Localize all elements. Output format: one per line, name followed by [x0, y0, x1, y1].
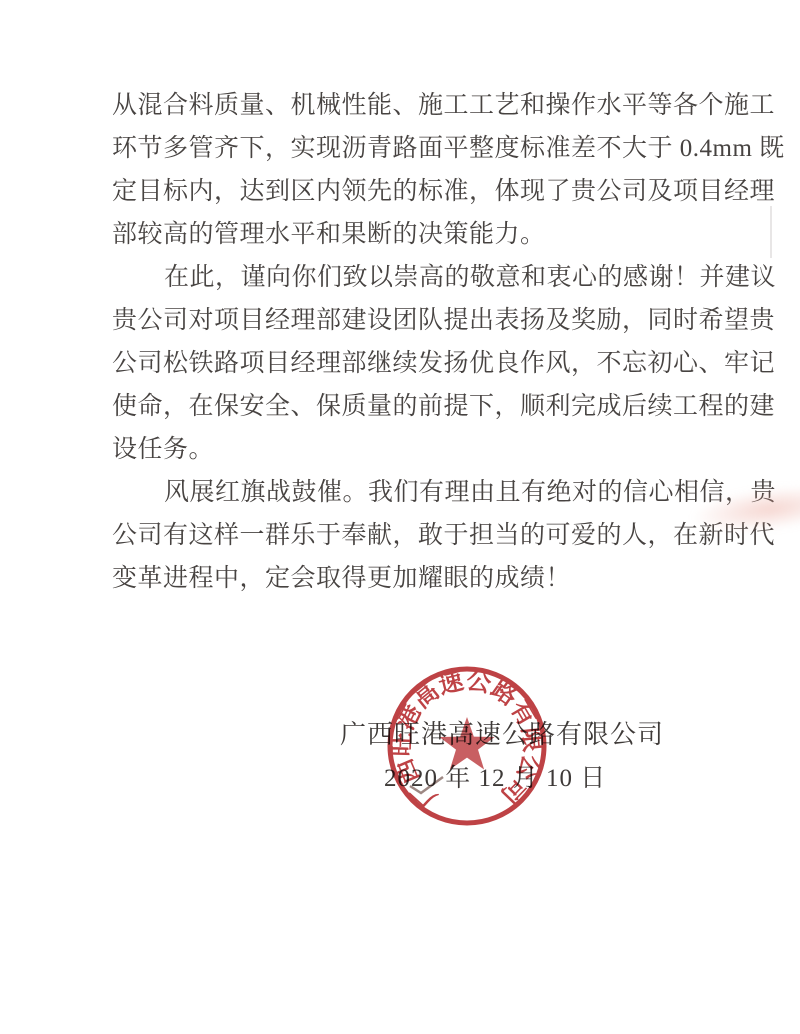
body-line: 风展红旗战鼓催。我们有理由且有绝对的信心相信，贵 — [112, 471, 737, 514]
body-line: 公司有这样一群乐于奉献，敢于担当的可爱的人，在新时代 — [112, 514, 737, 557]
body-line: 定目标内，达到区内领先的标准，体现了贵公司及项目经理 — [112, 170, 737, 213]
body-line: 环节多管齐下，实现沥青路面平整度标准差不大于 0.4mm 既 — [112, 127, 737, 170]
body-line: 在此，谨向你们致以崇高的敬意和衷心的感谢！并建议 — [112, 256, 737, 299]
body-line: 设任务。 — [112, 428, 737, 471]
signature-company: 广西旺港高速公路有限公司 — [340, 714, 664, 751]
letter-page: 从混合料质量、机械性能、施工工艺和操作水平等各个施工 环节多管齐下，实现沥青路面… — [0, 0, 800, 1034]
letter-body: 从混合料质量、机械性能、施工工艺和操作水平等各个施工 环节多管齐下，实现沥青路面… — [112, 84, 737, 600]
body-line: 部较高的管理水平和果断的决策能力。 — [112, 213, 737, 256]
body-line: 使命，在保安全、保质量的前提下，顺利完成后续工程的建 — [112, 385, 737, 428]
signature-date: 2020 年 12 月 10 日 — [384, 758, 606, 794]
body-line: 贵公司对项目经理部建设团队提出表扬及奖励，同时希望贵 — [112, 299, 737, 342]
body-line: 变革进程中，定会取得更加耀眼的成绩！ — [112, 557, 737, 600]
scan-line-artifact — [770, 206, 772, 258]
body-line: 从混合料质量、机械性能、施工工艺和操作水平等各个施工 — [112, 84, 737, 127]
body-line: 公司松铁路项目经理部继续发扬优良作风，不忘初心、牢记 — [112, 342, 737, 385]
